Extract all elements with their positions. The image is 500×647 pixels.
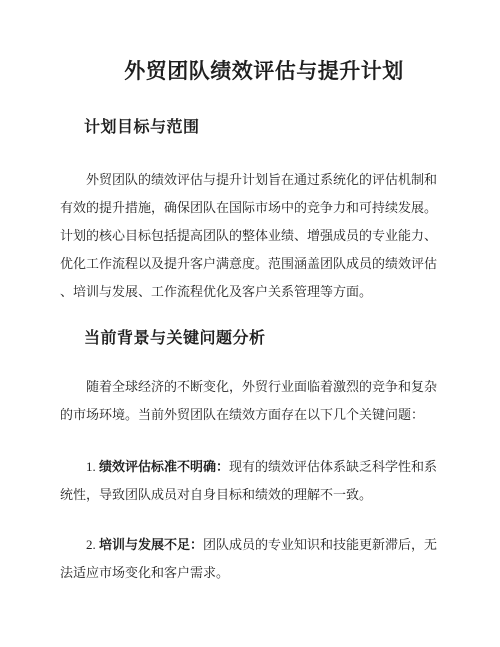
- item-term: 绩效评估标准不明确：: [99, 459, 229, 474]
- item-line: 1. 绩效评估标准不明确：现有的绩效评估体系缺乏科学性和系: [60, 453, 440, 481]
- paragraph-line: 计划的核心目标包括提高团队的整体业绩、增强成员的专业能力、: [60, 222, 440, 250]
- paragraph-line: 优化工作流程以及提升客户满意度。范围涵盖团队成员的绩效评估: [60, 250, 440, 278]
- item-text: 现有的绩效评估体系缺乏科学性和系: [229, 459, 437, 474]
- numbered-item-2: 2. 培训与发展不足：团队成员的专业知识和技能更新滞后，无 法适应市场变化和客户…: [60, 531, 440, 587]
- item-line: 法适应市场变化和客户需求。: [60, 559, 440, 587]
- section-heading-goals: 计划目标与范围: [60, 117, 440, 139]
- paragraph-line: 的市场环境。当前外贸团队在绩效方面存在以下几个关键问题：: [60, 401, 440, 429]
- document-page: 外贸团队绩效评估与提升计划 计划目标与范围 外贸团队的绩效评估与提升计划旨在通过…: [0, 0, 500, 647]
- item-term: 培训与发展不足：: [99, 537, 203, 552]
- item-text: 团队成员的专业知识和技能更新滞后，无: [203, 537, 437, 552]
- item-number: 1.: [86, 459, 99, 474]
- item-line: 统性，导致团队成员对自身目标和绩效的理解不一致。: [60, 481, 440, 509]
- paragraph-line: 外贸团队的绩效评估与提升计划旨在通过系统化的评估机制和: [60, 166, 440, 194]
- paragraph-line: 随着全球经济的不断变化，外贸行业面临着激烈的竞争和复杂: [60, 373, 440, 401]
- paragraph-background: 随着全球经济的不断变化，外贸行业面临着激烈的竞争和复杂 的市场环境。当前外贸团队…: [60, 373, 440, 429]
- numbered-item-1: 1. 绩效评估标准不明确：现有的绩效评估体系缺乏科学性和系 统性，导致团队成员对…: [60, 453, 440, 509]
- item-line: 2. 培训与发展不足：团队成员的专业知识和技能更新滞后，无: [60, 531, 440, 559]
- section-heading-background: 当前背景与关键问题分析: [60, 328, 440, 350]
- paragraph-line: 、培训与发展、工作流程优化及客户关系管理等方面。: [60, 278, 440, 306]
- item-number: 2.: [86, 537, 99, 552]
- document-title: 外贸团队绩效评估与提升计划: [60, 57, 440, 87]
- paragraph-goals: 外贸团队的绩效评估与提升计划旨在通过系统化的评估机制和 有效的提升措施，确保团队…: [60, 166, 440, 306]
- document-body: 外贸团队绩效评估与提升计划 计划目标与范围 外贸团队的绩效评估与提升计划旨在通过…: [60, 57, 440, 587]
- paragraph-line: 有效的提升措施，确保团队在国际市场中的竞争力和可持续发展。: [60, 194, 440, 222]
